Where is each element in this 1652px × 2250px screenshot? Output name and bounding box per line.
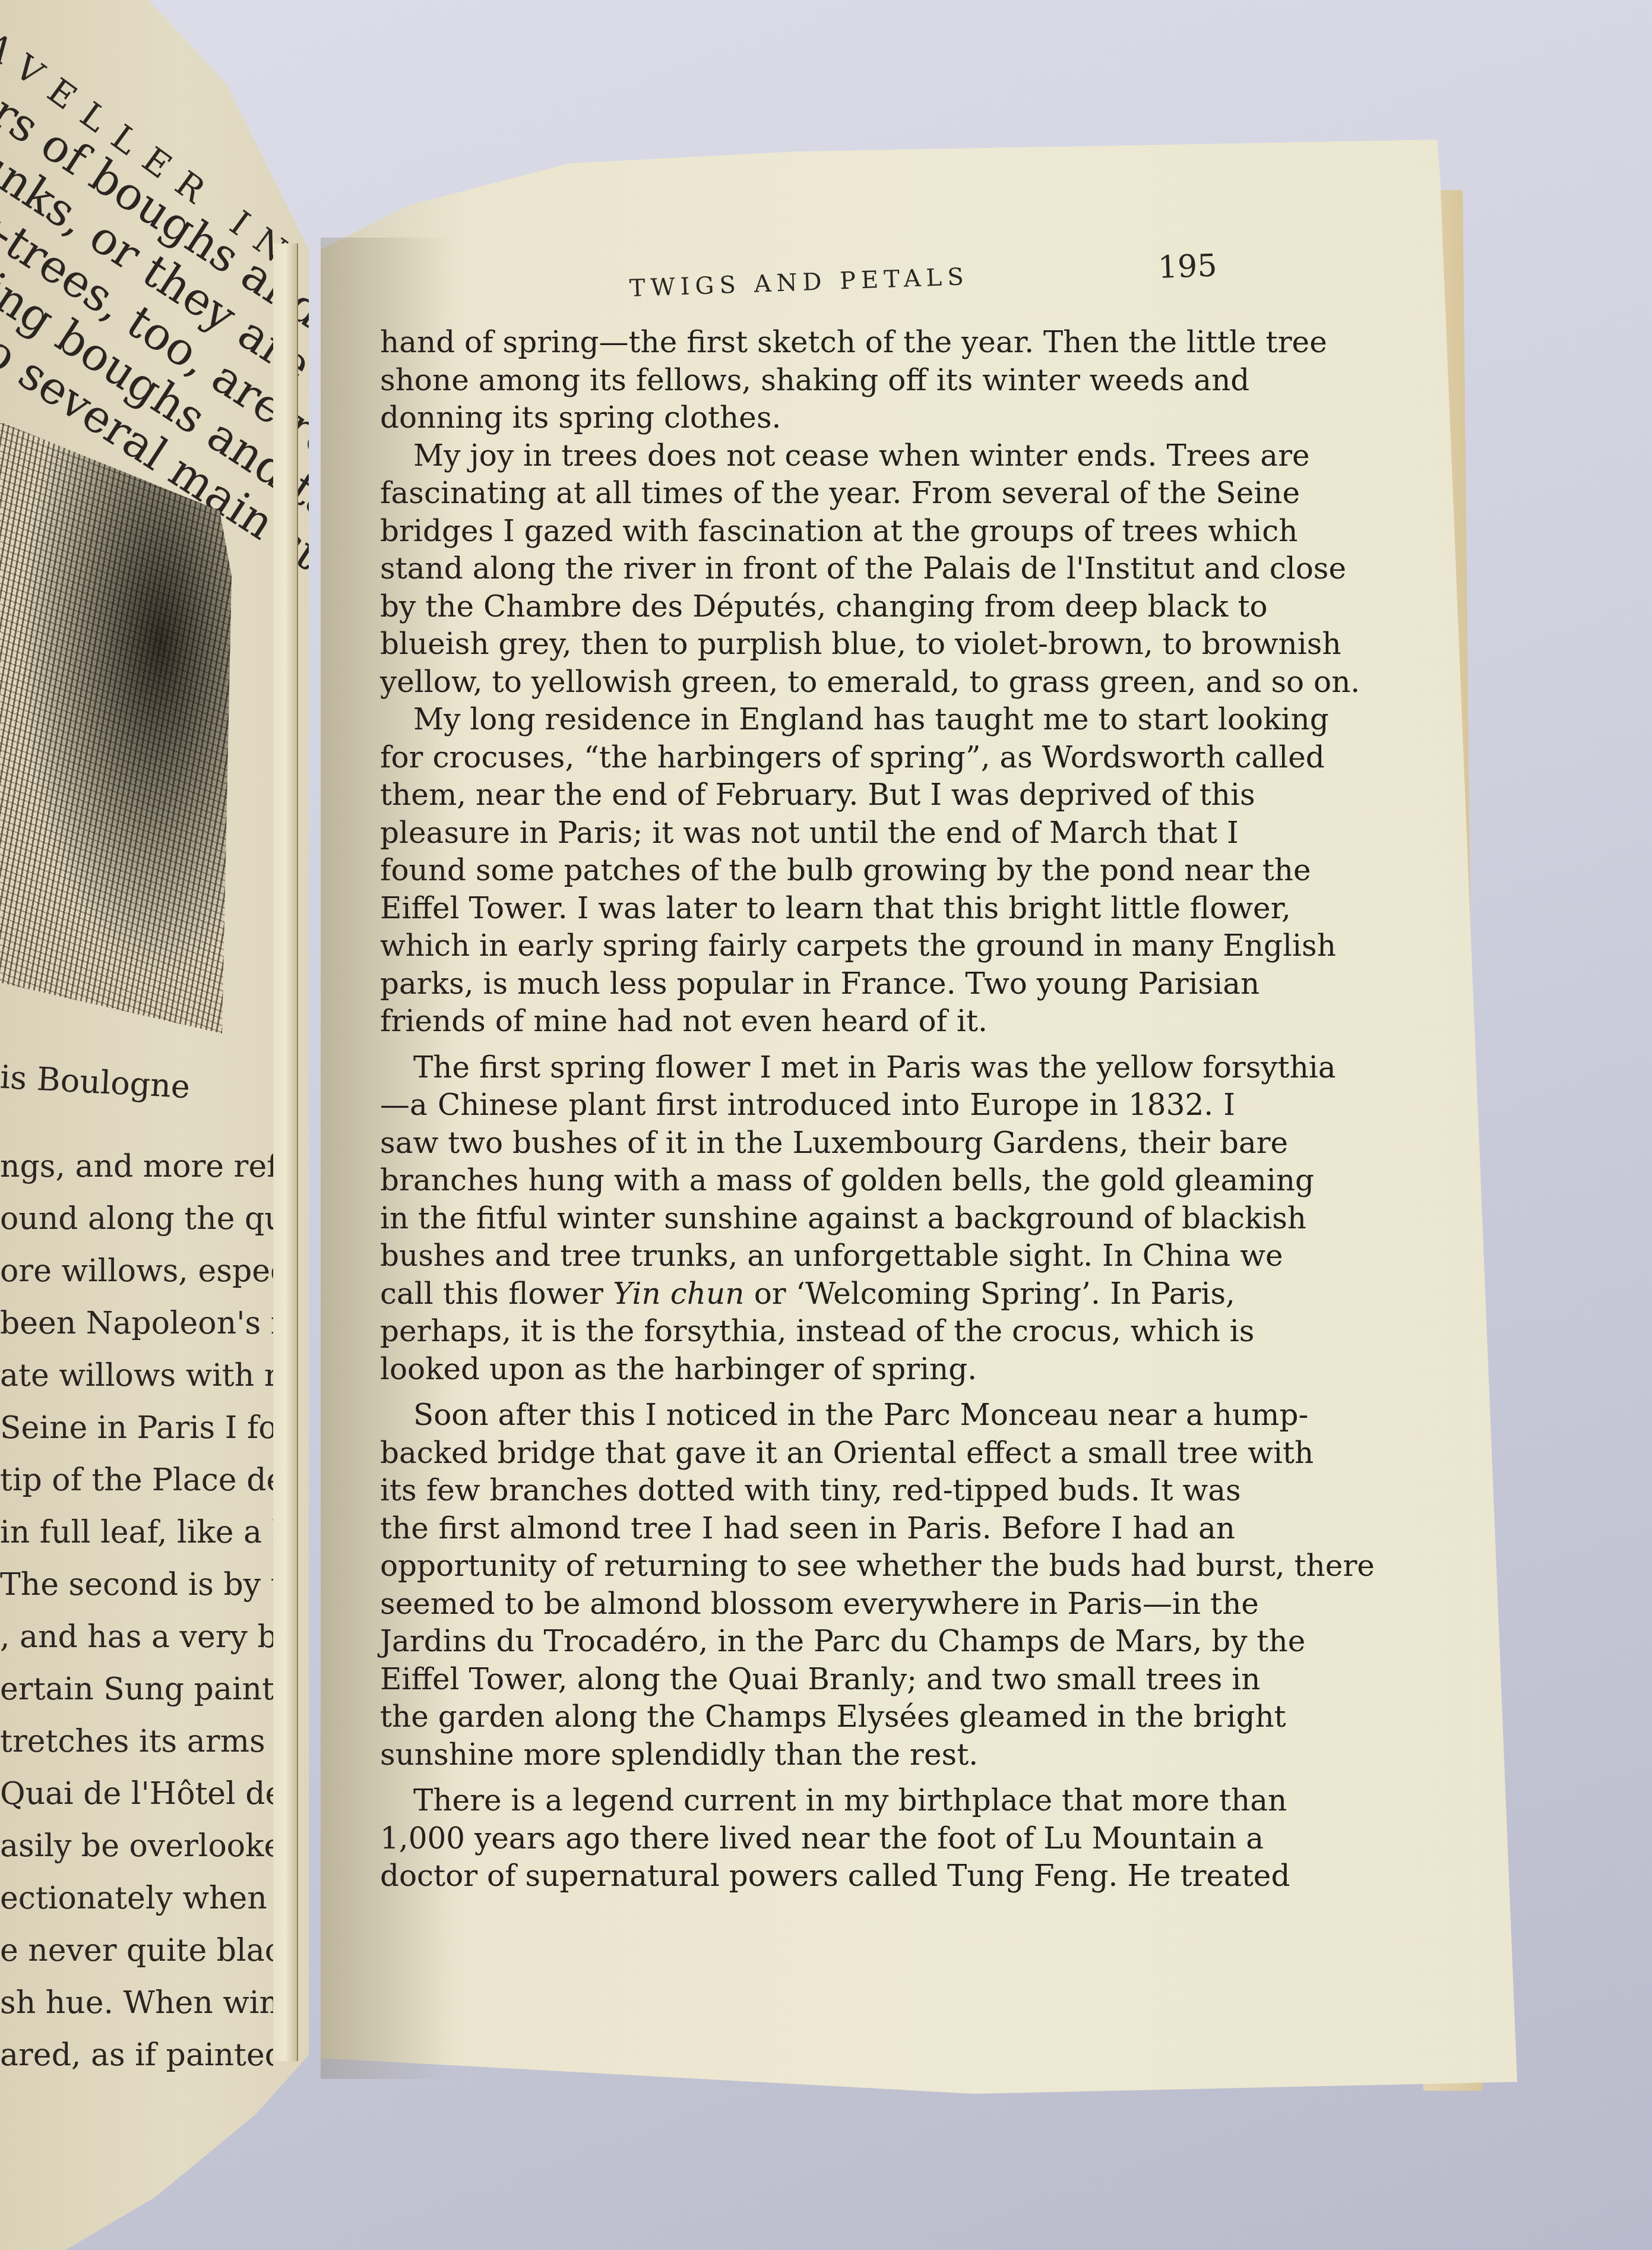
text-line: Eiffel Tower, along the Quai Branly; and… bbox=[380, 1661, 1235, 1699]
text-span: or ‘Welcoming Spring’. In Paris, bbox=[744, 1276, 1235, 1311]
paragraph: The first spring flower I met in Paris w… bbox=[380, 1049, 1235, 1389]
text-line: saw two bushes of it in the Luxembourg G… bbox=[380, 1124, 1235, 1162]
text-line: Quai de l'Hôtel de Ville. bbox=[0, 1768, 273, 1820]
text-line: —a Chinese plant first introduced into E… bbox=[380, 1086, 1235, 1124]
text-line: Jardins du Trocadéro, in the Parc du Cha… bbox=[380, 1623, 1235, 1661]
text-line: My joy in trees does not cease when wint… bbox=[380, 437, 1235, 475]
text-line: in full leaf, like a huge bbox=[0, 1506, 273, 1559]
text-line: ngs, and more refreshing to bbox=[0, 1140, 273, 1193]
paragraph: There is a legend current in my birthpla… bbox=[380, 1782, 1235, 1895]
text-line: the first almond tree I had seen in Pari… bbox=[380, 1510, 1235, 1548]
text-line: blueish grey, then to purplish blue, to … bbox=[380, 625, 1235, 663]
paragraph: Soon after this I noticed in the Parc Mo… bbox=[380, 1396, 1235, 1774]
text-line: My long residence in England has taught … bbox=[380, 701, 1235, 739]
text-line: Seine in Paris I found only bbox=[0, 1402, 273, 1454]
text-line: The second is by the Quai bbox=[0, 1559, 273, 1611]
page-number: 195 bbox=[1157, 248, 1217, 285]
text-line: call this flower Yin chun or ‘Welcoming … bbox=[380, 1275, 1235, 1313]
text-line: sunshine more splendidly than the rest. bbox=[380, 1736, 1235, 1774]
text-line: looked upon as the harbinger of spring. bbox=[380, 1351, 1235, 1389]
left-page: AVELLER IN PARIS ers of boughs and twigs… bbox=[0, 0, 321, 2250]
text-line: ound along the quays. bbox=[0, 1193, 273, 1245]
text-line: sh hue. When winter was bbox=[0, 1977, 273, 2029]
text-line: bridges I gazed with fascination at the … bbox=[380, 513, 1235, 551]
text-line: found some patches of the bulb growing b… bbox=[380, 852, 1235, 890]
text-line: pleasure in Paris; it was not until the … bbox=[380, 814, 1235, 852]
paragraph: hand of spring—the first sketch of the y… bbox=[380, 324, 1235, 437]
text-line: been Napoleon's favourites), bbox=[0, 1297, 273, 1350]
text-line: by the Chambre des Députés, changing fro… bbox=[380, 588, 1235, 626]
text-line: its few branches dotted with tiny, red-t… bbox=[380, 1472, 1235, 1510]
left-body-text: ngs, and more refreshing to ound along t… bbox=[0, 1140, 273, 2081]
text-line: bushes and tree trunks, an unforgettable… bbox=[380, 1237, 1235, 1275]
italic-term: Yin chun bbox=[613, 1276, 744, 1311]
paragraph: My long residence in England has taught … bbox=[380, 701, 1235, 1041]
text-line: ore willows, especially weep- bbox=[0, 1245, 273, 1297]
text-line: for crocuses, “the harbingers of spring”… bbox=[380, 739, 1235, 777]
photo-scene: AVELLER IN PARIS ers of boughs and twigs… bbox=[0, 0, 1652, 2250]
text-line: which in early spring fairly carpets the… bbox=[380, 927, 1235, 965]
illustration-caption: is Boulogne bbox=[0, 1058, 191, 1106]
text-line: Eiffel Tower. I was later to learn that … bbox=[380, 890, 1235, 928]
text-line: seemed to be almond blossom everywhere i… bbox=[380, 1585, 1235, 1623]
text-line: doctor of supernatural powers called Tun… bbox=[380, 1857, 1235, 1895]
text-line: hand of spring—the first sketch of the y… bbox=[380, 324, 1235, 362]
text-line: tretches its arms over the bbox=[0, 1715, 273, 1768]
text-line: , and has a very beautiful bbox=[0, 1611, 273, 1663]
text-line: 1,000 years ago there lived near the foo… bbox=[380, 1820, 1235, 1858]
text-line: parks, is much less popular in France. T… bbox=[380, 965, 1235, 1003]
text-line: donning its spring clothes. bbox=[380, 399, 1235, 437]
text-line: backed bridge that gave it an Oriental e… bbox=[380, 1434, 1235, 1472]
text-line: ared, as if painted by the bbox=[0, 2029, 273, 2081]
text-line: shone among its fellows, shaking off its… bbox=[380, 362, 1235, 400]
book-gutter bbox=[273, 244, 298, 2061]
text-line: There is a legend current in my birthpla… bbox=[380, 1782, 1235, 1820]
text-span: call this flower bbox=[380, 1276, 613, 1311]
text-line: stand along the river in front of the Pa… bbox=[380, 550, 1235, 588]
text-line: tip of the Place de Vert bbox=[0, 1454, 273, 1506]
text-line: opportunity of returning to see whether … bbox=[380, 1547, 1235, 1585]
text-line: ectionately when I passed. bbox=[0, 1872, 273, 1924]
text-line: the garden along the Champs Elysées glea… bbox=[380, 1698, 1235, 1736]
text-line: branches hung with a mass of golden bell… bbox=[380, 1162, 1235, 1200]
text-line: asily be overlooked, yet I bbox=[0, 1820, 273, 1872]
text-line: fascinating at all times of the year. Fr… bbox=[380, 475, 1235, 513]
text-line: them, near the end of February. But I wa… bbox=[380, 776, 1235, 814]
text-line: friends of mine had not even heard of it… bbox=[380, 1003, 1235, 1041]
text-line: perhaps, it is the forsythia, instead of… bbox=[380, 1313, 1235, 1351]
text-line: ate willows with rivers and bbox=[0, 1350, 273, 1402]
text-line: e never quite black, but bbox=[0, 1924, 273, 1977]
text-line: Soon after this I noticed in the Parc Mo… bbox=[380, 1396, 1235, 1434]
paragraph: My joy in trees does not cease when wint… bbox=[380, 437, 1235, 701]
text-line: The first spring flower I met in Paris w… bbox=[380, 1049, 1235, 1087]
text-line: ertain Sung painting. The bbox=[0, 1663, 273, 1715]
text-line: in the fitful winter sunshine against a … bbox=[380, 1200, 1235, 1238]
right-body-text: hand of spring—the first sketch of the y… bbox=[380, 324, 1235, 1895]
text-line: yellow, to yellowish green, to emerald, … bbox=[380, 663, 1235, 701]
